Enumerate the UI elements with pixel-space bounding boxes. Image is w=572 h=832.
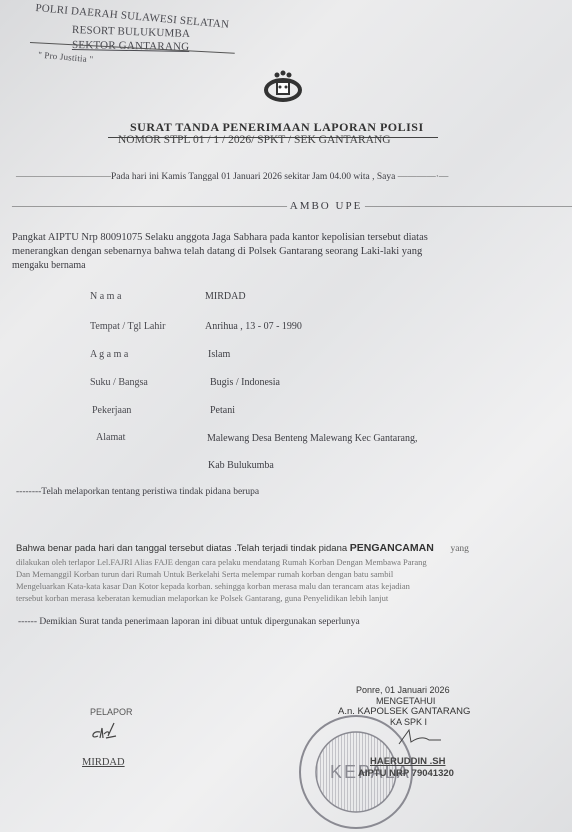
- header-resort: RESORT BULUKUMBA: [72, 24, 191, 40]
- closing-statement: ------ Demikian Surat tanda penerimaan l…: [18, 617, 360, 627]
- date-line: ——————————Pada hari ini Kamis Tanggal 01…: [16, 172, 448, 182]
- sign-an-kapolsek: A.n. KAPOLSEK GANTARANG: [338, 706, 470, 717]
- value-nama: MIRDAD: [205, 291, 246, 302]
- officer-sign-rank: AIPTU NRP 79041320: [358, 768, 454, 779]
- officer-desc-3: mengaku bernama: [12, 260, 86, 271]
- police-emblem-icon: [262, 70, 304, 102]
- label-alamat: Alamat: [96, 432, 125, 443]
- value-agama: Islam: [208, 349, 230, 360]
- pelapor-signature: [88, 720, 124, 746]
- officer-signature: [395, 728, 445, 748]
- label-nama: N a m a: [90, 291, 121, 302]
- officer-desc-1: Pangkat AIPTU Nrp 80091075 Selaku anggot…: [12, 232, 428, 243]
- officer-desc-2: menerangkan dengan sebenarnya bahwa tela…: [12, 246, 422, 257]
- value-tempat-tgl-lahir: Anrihua , 13 - 07 - 1990: [205, 321, 302, 332]
- label-tempat-tgl-lahir: Tempat / Tgl Lahir: [90, 321, 165, 332]
- sign-place-date: Ponre, 01 Januari 2026: [356, 685, 450, 695]
- document-number: NOMOR STPL 01 / 1 / 2026/ SPKT / SEK GAN…: [118, 134, 391, 146]
- value-pekerjaan: Petani: [210, 405, 235, 416]
- pelapor-title: PELAPOR: [90, 707, 133, 717]
- incident-lead: Bahwa benar pada hari dan tanggal terseb…: [16, 542, 469, 554]
- label-pekerjaan: Pekerjaan: [92, 405, 131, 416]
- pelapor-name: MIRDAD: [82, 757, 125, 768]
- value-suku-bangsa: Bugis / Indonesia: [210, 377, 280, 388]
- label-suku-bangsa: Suku / Bangsa: [90, 377, 148, 388]
- incident-line-4: Mengeluarkan Kata-kata kasar Dan Kotor k…: [16, 581, 410, 591]
- sign-mengetahui: MENGETAHUI: [376, 696, 435, 706]
- value-alamat: Malewang Desa Benteng Malewang Kec Ganta…: [207, 433, 417, 444]
- crime-type: PENGANCAMAN: [350, 542, 434, 554]
- officer-line: ————————————————————————— AMBO UPE —————…: [12, 200, 572, 212]
- report-line: --------Telah melaporkan tentang peristi…: [16, 487, 259, 497]
- officer-name: AMBO UPE: [290, 200, 363, 212]
- officer-sign-name: HAERUDDIN .SH: [370, 756, 445, 767]
- header-motto: " Pro Justitia ": [38, 50, 94, 65]
- document-title: SURAT TANDA PENERIMAAN LAPORAN POLISI: [130, 120, 424, 135]
- incident-line-2: dilakukan oleh terlapor Lel.FAJRI Alias …: [16, 557, 427, 567]
- sign-ka-spk: KA SPK I: [390, 717, 427, 727]
- incident-line-3: Dan Memanggil Korban turun dari Rumah Un…: [16, 569, 393, 579]
- incident-line-5: tersebut korban merasa keberatan kemudia…: [16, 593, 388, 603]
- value-alamat-2: Kab Bulukumba: [208, 460, 274, 471]
- label-agama: A g a m a: [90, 349, 128, 360]
